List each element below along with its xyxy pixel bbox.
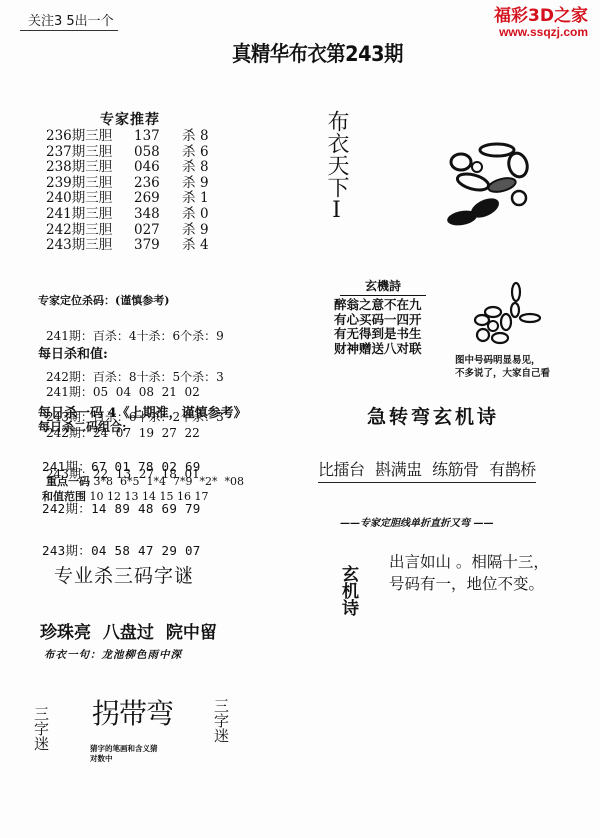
list-item: 238期三胆046杀8 (46, 160, 209, 176)
list-item: 239期三胆236杀9 (46, 176, 209, 192)
chain-figure-icon (440, 130, 560, 230)
list-item: 240期三胆269杀1 (46, 191, 209, 207)
top-note: 关注3 5出一个 (20, 10, 118, 31)
mystic-poem-heading: 玄機詩 (340, 277, 426, 296)
riddle-big-words: 拐带弯 (92, 692, 173, 732)
list-item: 243期三胆379杀4 (46, 238, 209, 254)
vertical-poem-label: 玄机诗 (334, 565, 362, 616)
split-line-note: ——专家定胆线单折直折又弯 —— (340, 514, 493, 529)
list-item: 241期：05 04 08 21 02 (46, 386, 200, 400)
brand-logo[interactable]: 福彩3D之家 www.ssqzj.com (494, 6, 588, 39)
list-item: 243期：04 58 47 29 07 (42, 544, 201, 558)
list-item: 236期三胆137杀8 (46, 129, 209, 145)
poem-text: 出言如山 。相隔十三， 号码有一，地位不变。 (389, 551, 549, 595)
turn-poem-title: 急转弯玄机诗 (367, 402, 499, 429)
poem-line: 有无得到是书生 (334, 327, 432, 342)
riddle-title: 专业杀三码字谜 (54, 561, 194, 588)
brand-name: 福彩3D之家 (494, 6, 588, 26)
list-item: 241期：百杀：4十杀：6个杀：9 (46, 330, 224, 344)
flower-chain-icon (468, 280, 558, 350)
poem-line: 醉翁之意不在九 (334, 298, 432, 313)
poem-line: 有心买码一四开 (334, 313, 432, 328)
list-item: 242期：14 89 48 69 79 (42, 502, 201, 516)
expert-picks-heading: 专家推荐 (100, 109, 160, 129)
page-title: 真精华布衣第243期 (232, 38, 403, 68)
mystic-poem-box: 玄機詩 醉翁之意不在九 有心买码一四开 有无得到是书生 财神赠送八对联 (334, 277, 432, 356)
turn-poem-words: 比擂台 斟满盅 练筋骨 有鹊桥 (318, 457, 536, 483)
figure-caption: 图中号码明显易见， 不多说了，大家自己看 (455, 354, 550, 380)
poem-line: 出言如山 。相隔十三， (389, 551, 549, 573)
riddle-line: 布衣一句：龙池柳色雨中深 (44, 647, 182, 662)
expert-picks-list: 236期三胆137杀8 237期三胆058杀6 238期三胆046杀8 239期… (46, 129, 209, 254)
list-item: 237期三胆058杀6 (46, 145, 209, 161)
vertical-title: 布衣天下Ⅰ (324, 110, 349, 223)
focus-code: 重点一码 3*8 6*5 1*4 7*9 *2* *08 (46, 473, 244, 489)
riddle-side-label-left: 三字迷 (33, 706, 48, 751)
sum-range: 和值范围 10 12 13 14 15 16 17 (42, 488, 208, 504)
brand-url[interactable]: www.ssqzj.com (494, 26, 588, 39)
poem-line: 号码有一，地位不变。 (389, 573, 549, 595)
list-item: 241期：67 01 78 02 69 (42, 460, 201, 474)
list-item: 242期三胆027杀9 (46, 223, 209, 239)
riddle-hint: 猜字的笔画和含义猜对数中 (90, 744, 160, 764)
list-item: 241期三胆348杀0 (46, 207, 209, 223)
poem-line: 财神赠送八对联 (334, 342, 432, 357)
riddle-words: 珍珠亮 八盘过 院中留 (40, 618, 217, 643)
riddle-side-label-right: 三字迷 (213, 698, 228, 743)
